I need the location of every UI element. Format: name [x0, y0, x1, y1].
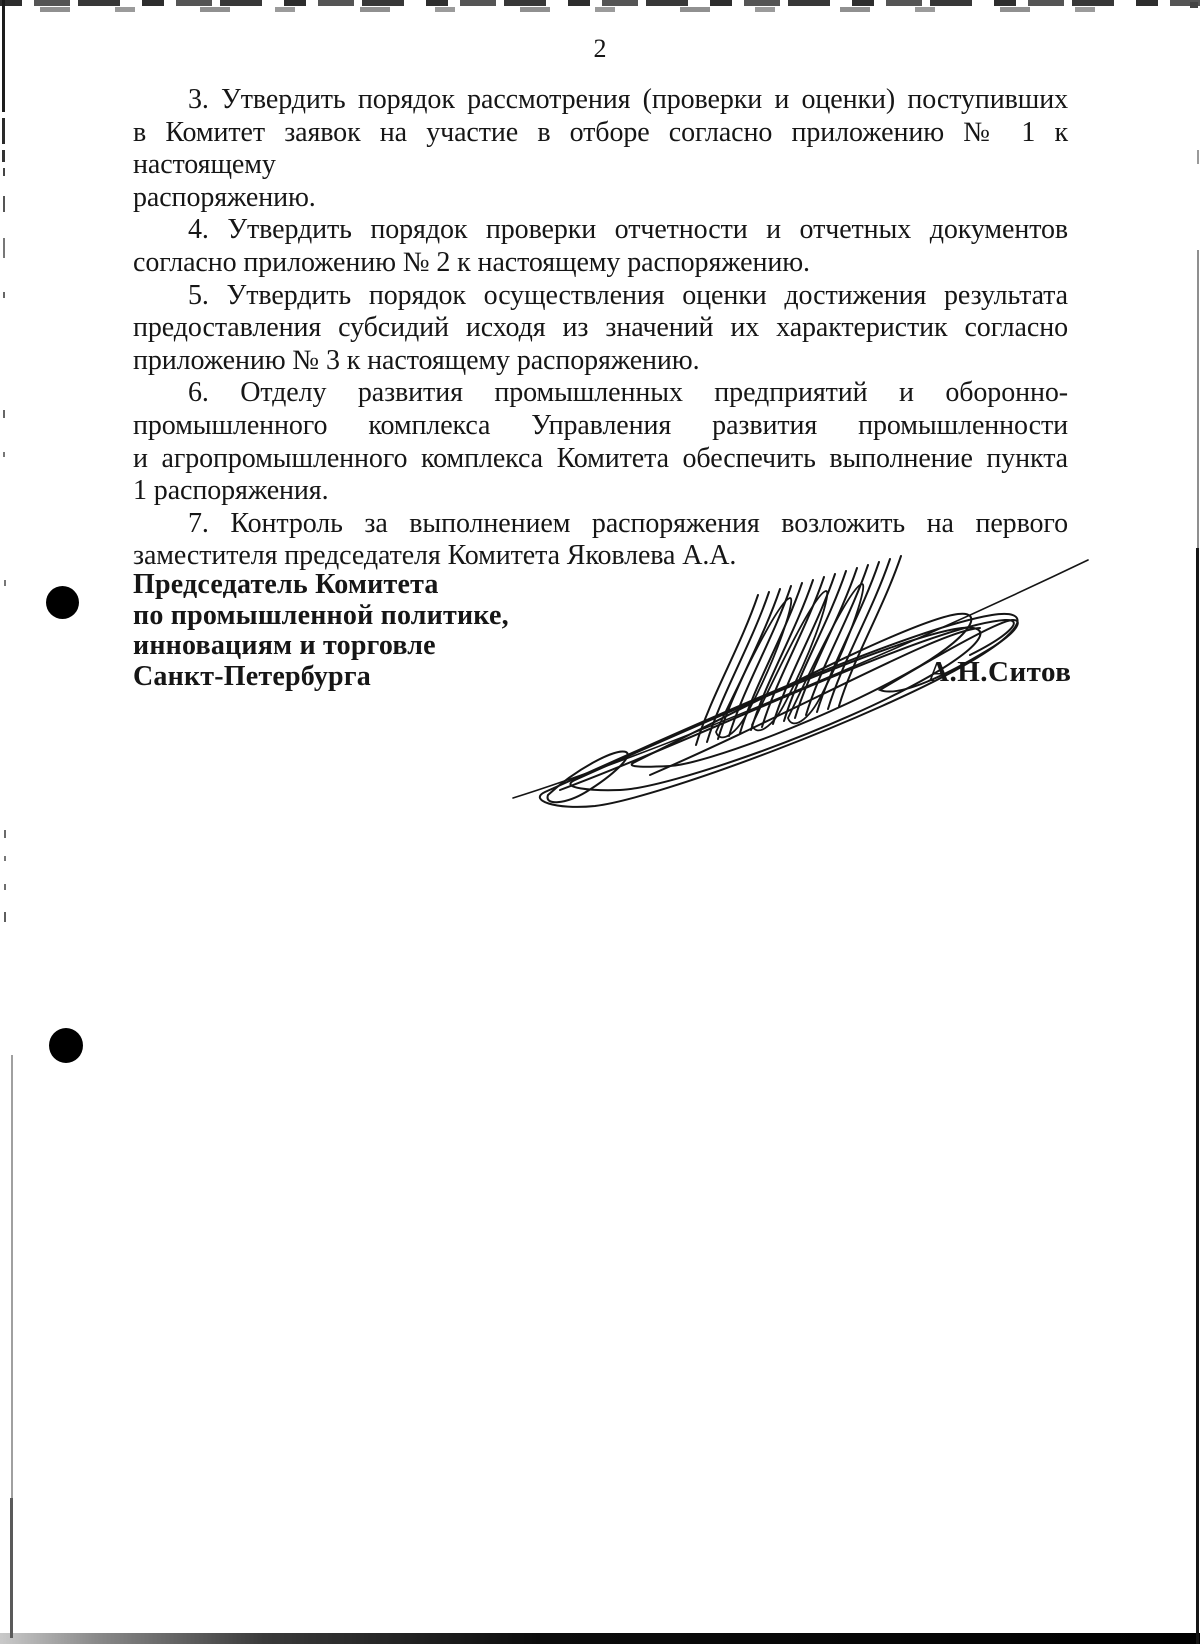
- scan-mark-left: [2, 0, 5, 112]
- hole-punch: [46, 586, 79, 619]
- scan-edge-line-left: [11, 1055, 13, 1505]
- scan-mark-left: [4, 856, 6, 861]
- scan-mark-corner: [1190, 2, 1198, 8]
- scan-edge-dashes-top: [40, 7, 1100, 12]
- signatory-title-line: инновациям и торговле: [133, 631, 509, 662]
- paragraph-4: 4. Утвердить порядок проверки отчетности…: [133, 214, 1068, 279]
- scan-edge-dashes-top: [0, 0, 1200, 6]
- text-line: распоряжению.: [133, 182, 1068, 215]
- scan-mark-left: [4, 830, 6, 838]
- text-line: 3. Утвердить порядок рассмотрения (прове…: [133, 84, 1068, 117]
- scan-edge-line-right: [1196, 548, 1199, 1644]
- text-line: предоставления субсидий исходя из значен…: [133, 312, 1068, 345]
- text-line: 5. Утвердить порядок осуществления оценк…: [133, 280, 1068, 313]
- text-line: 6. Отделу развития промышленных предприя…: [133, 377, 1068, 410]
- scan-edge-line-right: [1197, 150, 1199, 164]
- handwritten-signature-icon: [500, 540, 1100, 810]
- scan-mark-left: [4, 912, 6, 922]
- scan-mark-left: [3, 452, 5, 457]
- text-line: согласно приложению № 2 к настоящему рас…: [133, 247, 1068, 280]
- hole-punch: [49, 1028, 83, 1063]
- scan-edge-line-right: [1197, 250, 1199, 550]
- text-line: и агропромышленного комплекса Комитета о…: [133, 443, 1068, 476]
- scan-mark-left: [4, 884, 6, 890]
- scan-mark-left: [3, 196, 5, 212]
- text-line: 7. Контроль за выполнением распоряжения …: [133, 508, 1068, 541]
- paragraph-6: 6. Отделу развития промышленных предприя…: [133, 377, 1068, 507]
- signatory-title-line: Санкт-Петербурга: [133, 662, 509, 693]
- scan-mark-left: [2, 118, 5, 144]
- scan-mark-left: [3, 292, 5, 298]
- signatory-title-line: по промышленной политике,: [133, 601, 509, 632]
- page-number: 2: [0, 34, 1200, 64]
- text-line: в Комитет заявок на участие в отборе сог…: [133, 117, 1068, 182]
- text-line: 4. Утвердить порядок проверки отчетности…: [133, 214, 1068, 247]
- signatory-title-block: Председатель Комитета по промышленной по…: [133, 570, 509, 692]
- text-line: приложению № 3 к настоящему распоряжению…: [133, 345, 1068, 378]
- paragraph-5: 5. Утвердить порядок осуществления оценк…: [133, 280, 1068, 378]
- document-body: 3. Утвердить порядок рассмотрения (прове…: [133, 84, 1068, 573]
- scan-edge-band-bottom: [0, 1633, 1200, 1644]
- paragraph-3: 3. Утвердить порядок рассмотрения (прове…: [133, 84, 1068, 214]
- scan-mark-left: [3, 238, 5, 258]
- scan-mark-left: [3, 410, 5, 418]
- scan-edge-line-left: [10, 1498, 13, 1638]
- scan-mark-left: [4, 580, 6, 586]
- text-line: промышленного комплекса Управления разви…: [133, 410, 1068, 443]
- scan-mark-left: [2, 150, 5, 162]
- scan-mark-left: [3, 168, 5, 176]
- signatory-title-line: Председатель Комитета: [133, 570, 509, 601]
- text-line: 1 распоряжения.: [133, 475, 1068, 508]
